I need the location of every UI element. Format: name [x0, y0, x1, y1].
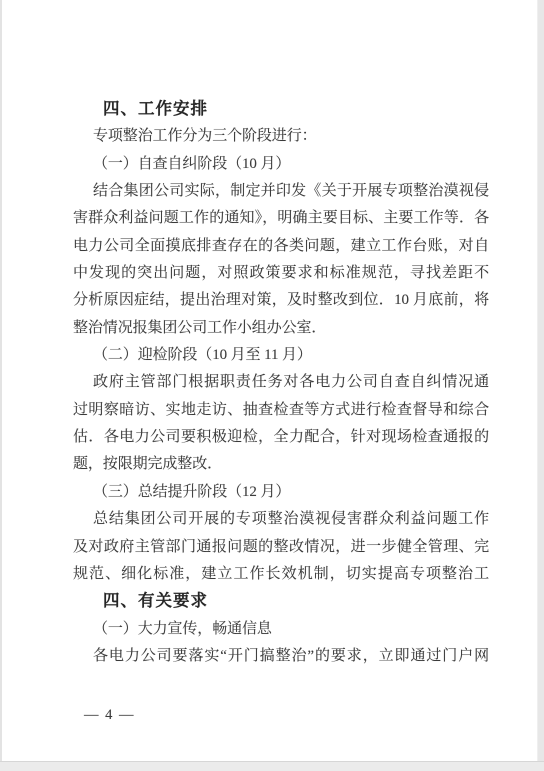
page-edge-left — [0, 0, 2, 771]
text-line: 估．各电力公司要积极迎检，全力配合，针对现场检查通报的问 — [73, 424, 489, 451]
text-line: 害群众利益问题工作的通知》，明确主要目标、主要工作等．各 — [73, 205, 489, 232]
text-line: 四、有关要求 — [73, 588, 489, 615]
text-line: 分析原因症结，提出治理对策，及时整改到位．10 月底前，将 — [73, 287, 489, 314]
text-line: （三）总结提升阶段（12 月） — [73, 479, 489, 506]
text-line: 题，按限期完成整改． — [73, 451, 489, 478]
text-line: 过明察暗访、实地走访、抽查检查等方式进行检查督导和综合评 — [73, 397, 489, 424]
text-line: 结合集团公司实际，制定并印发《关于开展专项整治漠视侵 — [73, 178, 489, 205]
text-line: 四、工作安排 — [73, 96, 489, 123]
text-line: 各电力公司要落实“开门搞整治”的要求，立即通过门户网 — [73, 643, 489, 670]
text-line: 中发现的突出问题，对照政策要求和标准规范，寻找差距不足， — [73, 260, 489, 287]
text-line: （一）自查自纠阶段（10 月） — [73, 151, 489, 178]
page-edge-bottom — [0, 761, 544, 771]
text-line: 整治情况报集团公司工作小组办公室． — [73, 315, 489, 342]
text-line: 电力公司全面摸底排查存在的各类问题，建立工作台账，对自查 — [73, 233, 489, 260]
text-line: 及对政府主管部门通报问题的整改情况，进一步健全管理、完善 — [73, 534, 489, 561]
text-line: 规范、细化标准，建立工作长效机制，切实提高专项整治工作． — [73, 561, 489, 588]
text-line: （二）迎检阶段（10 月至 11 月） — [73, 342, 489, 369]
document-text: 四、工作安排专项整治工作分为三个阶段进行：（一）自查自纠阶段（10 月）结合集团… — [73, 96, 489, 670]
text-line: （一）大力宣传，畅通信息 — [73, 616, 489, 643]
page-edge-right — [537, 0, 544, 771]
text-line: 专项整治工作分为三个阶段进行： — [73, 123, 489, 150]
page-number: — 4 — — [84, 707, 135, 724]
text-line: 政府主管部门根据职责任务对各电力公司自查自纠情况通 — [73, 369, 489, 396]
text-line: 总结集团公司开展的专项整治漠视侵害群众利益问题工作 — [73, 506, 489, 533]
scanned-document-page: 四、工作安排专项整治工作分为三个阶段进行：（一）自查自纠阶段（10 月）结合集团… — [0, 0, 544, 771]
